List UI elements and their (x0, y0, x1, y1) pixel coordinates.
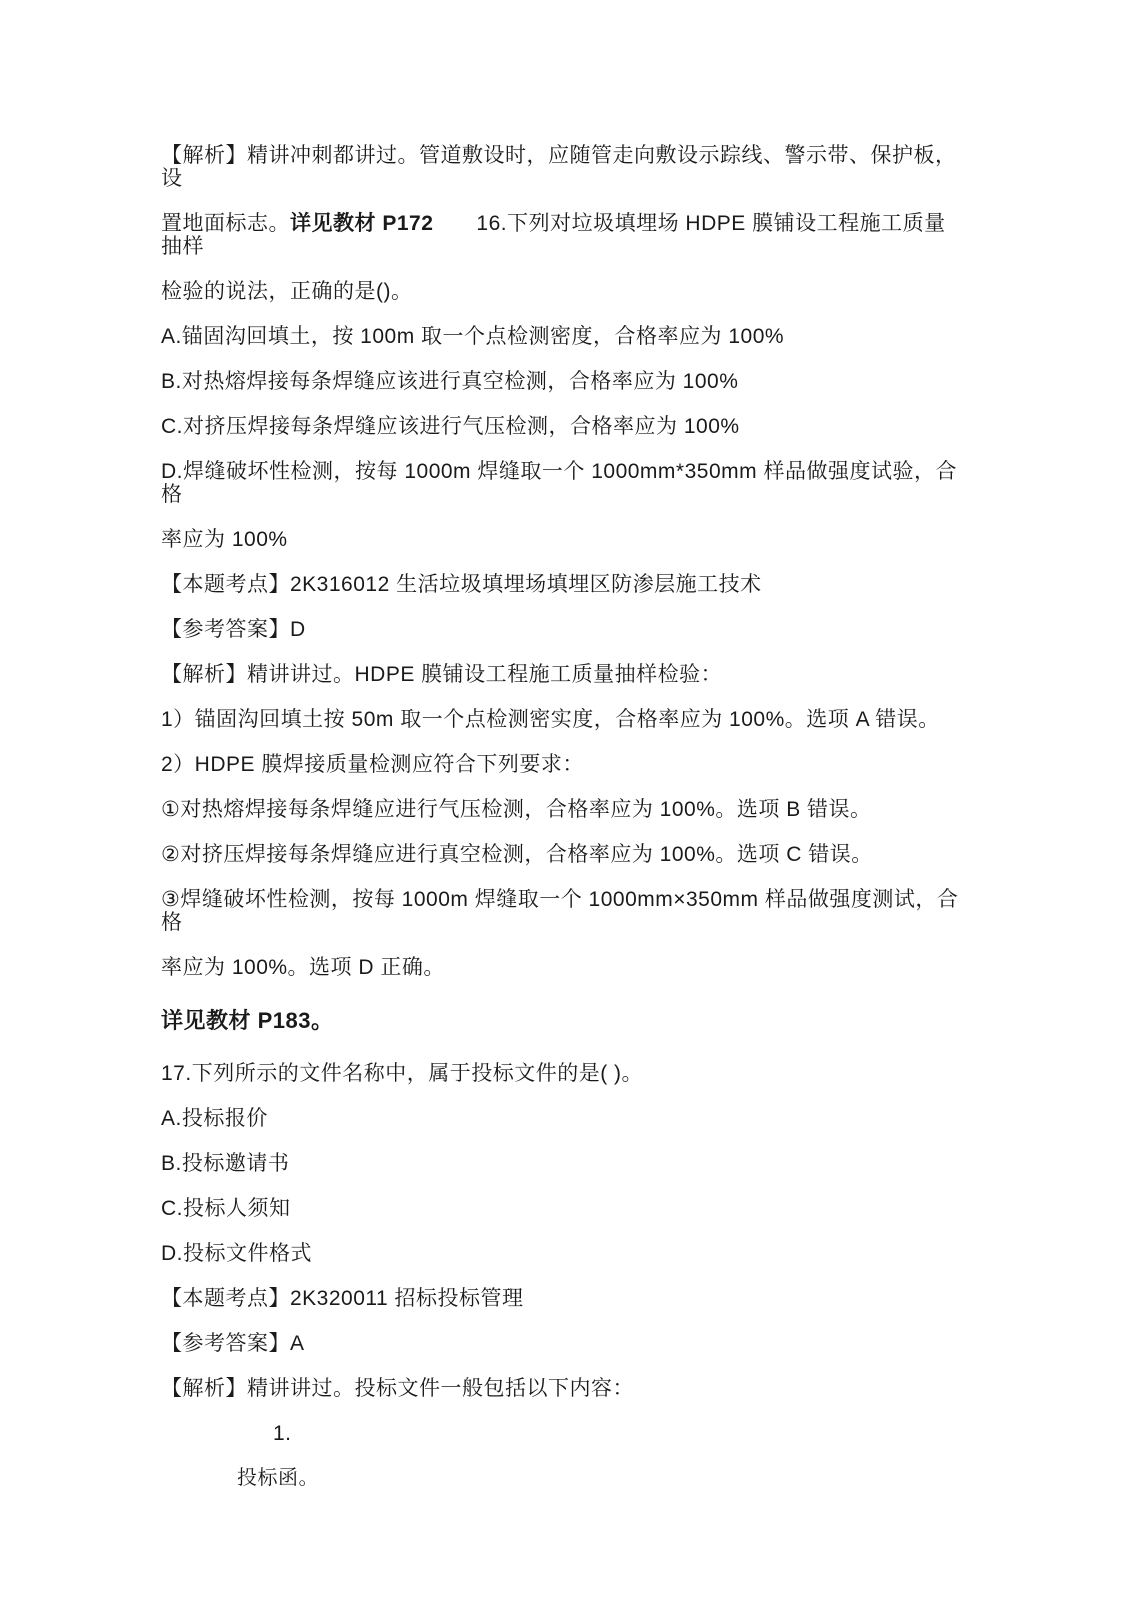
text-run: 【解析】精讲冲刺都讲过。管道敷设时，应随管走向敷设示踪线、警示带、保护板，设 (161, 144, 957, 190)
text-run: 1）锚固沟回填土按 50m 取一个点检测密实度，合格率应为 100%。选项 A … (161, 708, 940, 731)
text-run: 17.下列所示的文件名称中，属于投标文件的是( )。 (161, 1062, 643, 1085)
document-page: 【解析】精讲冲刺都讲过。管道敷设时，应随管走向敷设示踪线、警示带、保护板，设置地… (0, 0, 1131, 1600)
q15-analysis-line-2-with-ref-and-q16-intro: 置地面标志。详见教材 P172 16.下列对垃圾填埋场 HDPE 膜铺设工程施工… (161, 212, 966, 258)
document-text-column: 【解析】精讲冲刺都讲过。管道敷设时，应随管走向敷设示踪线、警示带、保护板，设置地… (0, 0, 1131, 1490)
q16-option-d-line-2: 率应为 100% (161, 528, 966, 551)
text-run: B.对热熔焊接每条焊缝应该进行真空检测，合格率应为 100% (161, 370, 738, 393)
text-run: 置地面标志。 (161, 212, 290, 235)
q16-analysis-item-2: 2）HDPE 膜焊接质量检测应符合下列要求： (161, 753, 966, 776)
bold-text-run: 详见教材 P172 (290, 212, 433, 235)
bold-text-run: 详见教材 P183。 (161, 1008, 334, 1033)
text-run: 投标函。 (237, 1467, 319, 1489)
q17-list-item-bid-letter: 投标函。 (161, 1467, 966, 1490)
text-run: C.对挤压焊接每条焊缝应该进行气压检测，合格率应为 100% (161, 415, 740, 438)
q16-analysis-item-2-circle3-line-1: ③焊缝破坏性检测，按每 1000m 焊缝取一个 1000mm×350mm 样品做… (161, 888, 966, 934)
q17-question: 17.下列所示的文件名称中，属于投标文件的是( )。 (161, 1062, 966, 1085)
q16-question-line-2: 检验的说法，正确的是()。 (161, 280, 966, 303)
q17-exam-point: 【本题考点】2K320011 招标投标管理 (161, 1287, 966, 1310)
text-run: C.投标人须知 (161, 1197, 291, 1220)
q16-textbook-reference: 详见教材 P183。 (161, 1009, 966, 1032)
q16-option-c: C.对挤压焊接每条焊缝应该进行气压检测，合格率应为 100% (161, 415, 966, 438)
text-run: ①对热熔焊接每条焊缝应进行气压检测，合格率应为 100%。选项 B 错误。 (161, 798, 872, 821)
text-run: D.焊缝破坏性检测，按每 1000m 焊缝取一个 1000mm*350mm 样品… (161, 460, 957, 506)
text-run: 【解析】精讲讲过。投标文件一般包括以下内容： (161, 1377, 634, 1400)
text-run: 率应为 100%。选项 D 正确。 (161, 956, 445, 979)
q17-analysis-intro: 【解析】精讲讲过。投标文件一般包括以下内容： (161, 1377, 966, 1400)
q17-option-d: D.投标文件格式 (161, 1242, 966, 1265)
text-run: 率应为 100% (161, 528, 288, 551)
text-run: 1. (273, 1422, 292, 1445)
q16-reference-answer: 【参考答案】D (161, 618, 966, 641)
text-run: D.投标文件格式 (161, 1242, 312, 1265)
text-run: A.锚固沟回填土，按 100m 取一个点检测密度，合格率应为 100% (161, 325, 784, 348)
q16-analysis-item-2-circle3-line-2: 率应为 100%。选项 D 正确。 (161, 956, 966, 979)
q15-analysis-line-1: 【解析】精讲冲刺都讲过。管道敷设时，应随管走向敷设示踪线、警示带、保护板，设 (161, 144, 966, 190)
text-run: A.投标报价 (161, 1107, 268, 1130)
text-run: 【参考答案】A (161, 1332, 305, 1355)
q16-exam-point: 【本题考点】2K316012 生活垃圾填埋场填埋区防渗层施工技术 (161, 573, 966, 596)
text-run: 2）HDPE 膜焊接质量检测应符合下列要求： (161, 753, 584, 776)
q17-reference-answer: 【参考答案】A (161, 1332, 966, 1355)
text-run: 【本题考点】2K316012 生活垃圾填埋场填埋区防渗层施工技术 (161, 573, 762, 596)
q16-option-d-line-1: D.焊缝破坏性检测，按每 1000m 焊缝取一个 1000mm*350mm 样品… (161, 460, 966, 506)
q16-analysis-item-1: 1）锚固沟回填土按 50m 取一个点检测密实度，合格率应为 100%。选项 A … (161, 708, 966, 731)
q16-analysis-item-2-circle1: ①对热熔焊接每条焊缝应进行气压检测，合格率应为 100%。选项 B 错误。 (161, 798, 966, 821)
q17-option-a: A.投标报价 (161, 1107, 966, 1130)
text-run: 【本题考点】2K320011 招标投标管理 (161, 1287, 524, 1310)
q16-option-b: B.对热熔焊接每条焊缝应该进行真空检测，合格率应为 100% (161, 370, 966, 393)
text-run: 检验的说法，正确的是()。 (161, 280, 413, 303)
text-run: 【解析】精讲讲过。HDPE 膜铺设工程施工质量抽样检验： (161, 663, 722, 686)
q17-option-b: B.投标邀请书 (161, 1152, 966, 1175)
text-run: ②对挤压焊接每条焊缝应进行真空检测，合格率应为 100%。选项 C 错误。 (161, 843, 873, 866)
q17-option-c: C.投标人须知 (161, 1197, 966, 1220)
text-run: ③焊缝破坏性检测，按每 1000m 焊缝取一个 1000mm×350mm 样品做… (161, 888, 958, 934)
text-run: B.投标邀请书 (161, 1152, 289, 1175)
q16-analysis-item-2-circle2: ②对挤压焊接每条焊缝应进行真空检测，合格率应为 100%。选项 C 错误。 (161, 843, 966, 866)
q16-analysis-intro: 【解析】精讲讲过。HDPE 膜铺设工程施工质量抽样检验： (161, 663, 966, 686)
q16-option-a: A.锚固沟回填土，按 100m 取一个点检测密度，合格率应为 100% (161, 325, 966, 348)
q17-list-number-1: 1. (161, 1422, 966, 1445)
text-run: 【参考答案】D (161, 618, 306, 641)
